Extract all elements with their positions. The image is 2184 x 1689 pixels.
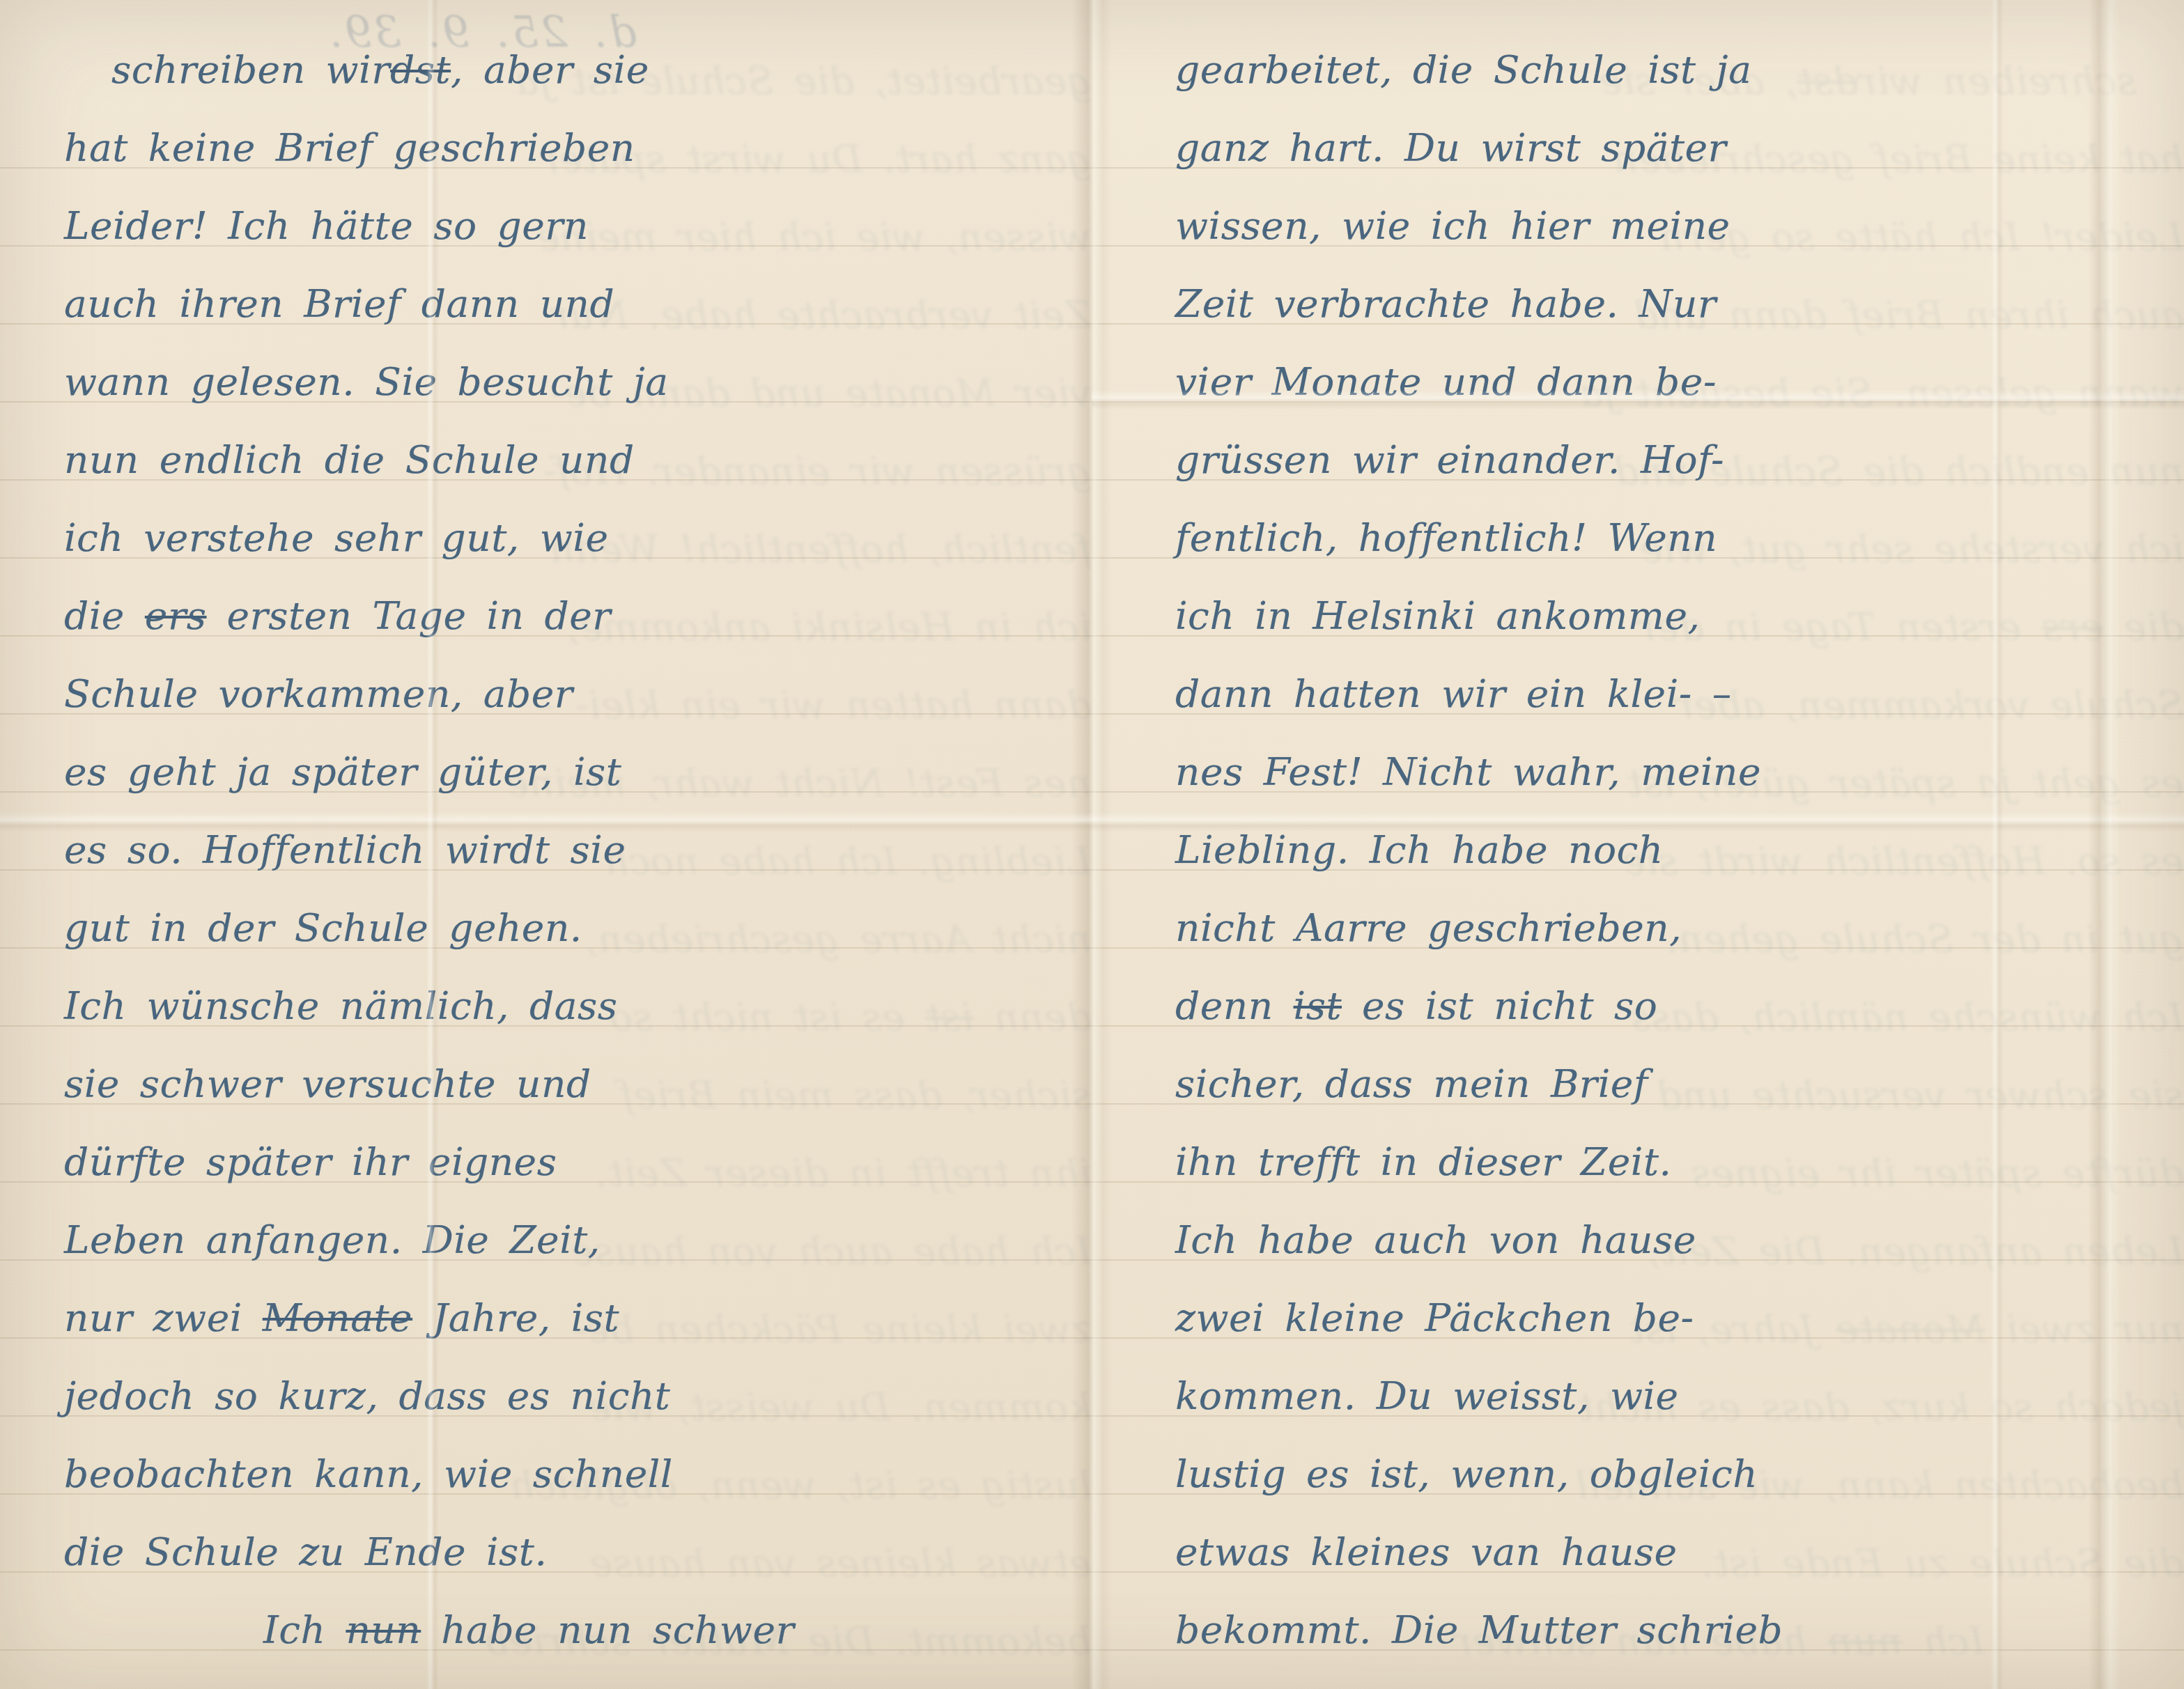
handwriting-line: sie schwer versuchte und xyxy=(64,1045,1092,1123)
handwriting-line: es so. Hoffentlich wirdt sie xyxy=(64,811,1092,889)
handwriting-line: fentlich, hoffentlich! Wenn xyxy=(1175,499,2184,577)
handwriting-line: gearbeitet, die Schule ist ja xyxy=(1175,31,2184,109)
struck-word: dst xyxy=(390,47,451,92)
handwriting-line: die Schule zu Ende ist. xyxy=(64,1513,1092,1591)
handwriting-line: schreiben wirdst, aber sie xyxy=(64,31,1092,109)
handwriting-line: Ich nun habe nun schwer xyxy=(64,1591,1092,1669)
handwriting-text: ich in Helsinki ankomme, xyxy=(1175,593,1701,638)
handwriting-text: hat keine Brief geschrieben xyxy=(64,125,635,170)
handwriting-line: die ers ersten Tage in der xyxy=(64,577,1092,655)
handwriting-text: Ich habe auch von hause xyxy=(1175,1217,1696,1262)
handwriting-text: ihn trefft in dieser Zeit. xyxy=(1175,1139,1672,1184)
handwriting-line: zwei kleine Päckchen be- xyxy=(1175,1279,2184,1357)
handwriting-text: dürfte später ihr eignes xyxy=(64,1139,557,1184)
handwriting-text: wann gelesen. Sie besucht ja xyxy=(64,359,669,404)
handwriting-text: Ich xyxy=(263,1608,346,1652)
handwriting-line: wissen, wie ich hier meine xyxy=(1175,187,2184,265)
handwriting-line: dann hatten wir ein klei- – xyxy=(1175,655,2184,733)
handwriting-text: es geht ja später güter, ist xyxy=(64,749,621,794)
handwriting-text: sicher, dass mein Brief xyxy=(1175,1061,1648,1106)
handwriting-line: kommen. Du weisst, wie xyxy=(1175,1357,2184,1435)
left-page-handwriting: schreiben wirdst, aber siehat keine Brie… xyxy=(0,31,1092,1669)
handwriting-line: dürfte später ihr eignes xyxy=(64,1123,1092,1201)
handwriting-text: Liebling. Ich habe noch xyxy=(1175,827,1664,872)
handwriting-text: dann hatten wir ein klei- – xyxy=(1175,671,1732,716)
handwriting-text: denn xyxy=(1175,983,1294,1028)
handwriting-line: nicht Aarre geschrieben, xyxy=(1175,889,2184,967)
struck-word: ers xyxy=(145,593,207,638)
handwriting-line: grüssen wir einander. Hof- xyxy=(1175,421,2184,499)
handwriting-text: Zeit verbrachte habe. Nur xyxy=(1175,281,1717,326)
handwriting-line: Liebling. Ich habe noch xyxy=(1175,811,2184,889)
letter-page-left: gearbeitet, die Schule ist jaganz hart. … xyxy=(0,0,1092,1689)
handwriting-line: beobachten kann, wie schnell xyxy=(64,1435,1092,1513)
handwriting-line: Leben anfangen. Die Zeit, xyxy=(64,1201,1092,1279)
handwriting-line: vier Monate und dann be- xyxy=(1175,343,2184,421)
handwriting-line: ganz hart. Du wirst später xyxy=(1175,109,2184,187)
struck-word: Monate xyxy=(263,1295,412,1340)
handwriting-text: es ist nicht so xyxy=(1342,983,1657,1028)
handwriting-text: fentlich, hoffentlich! Wenn xyxy=(1175,515,1717,560)
handwriting-text: nun endlich die Schule und xyxy=(64,437,635,482)
handwriting-text: Schule vorkammen, aber xyxy=(64,671,573,716)
handwriting-text: Leider! Ich hätte so gern xyxy=(64,203,589,248)
handwriting-text: Jahre, ist xyxy=(412,1295,619,1340)
handwriting-line: ich in Helsinki ankomme, xyxy=(1175,577,2184,655)
handwriting-text: bekommt. Die Mutter schrieb xyxy=(1175,1608,1783,1652)
handwriting-text: nes Fest! Nicht wahr, meine xyxy=(1175,749,1761,794)
handwriting-text: es so. Hoffentlich wirdt sie xyxy=(64,827,626,872)
handwriting-line: auch ihren Brief dann und xyxy=(64,265,1092,343)
handwriting-text: nur zwei xyxy=(64,1295,263,1340)
handwriting-line: lustig es ist, wenn, obgleich xyxy=(1175,1435,2184,1513)
handwriting-text: wissen, wie ich hier meine xyxy=(1175,203,1730,248)
handwriting-line: jedoch so kurz, dass es nicht xyxy=(64,1357,1092,1435)
handwriting-line: nes Fest! Nicht wahr, meine xyxy=(1175,733,2184,811)
handwriting-text: etwas kleines van hause xyxy=(1175,1530,1678,1574)
handwriting-line: nun endlich die Schule und xyxy=(64,421,1092,499)
handwriting-text: beobachten kann, wie schnell xyxy=(64,1451,673,1496)
handwriting-line: ihn trefft in dieser Zeit. xyxy=(1175,1123,2184,1201)
handwriting-line: Ich wünsche nämlich, dass xyxy=(64,967,1092,1045)
letter-page-right: schreiben wirdst, aber siehat keine Brie… xyxy=(1092,0,2184,1689)
handwriting-line: Ich habe auch von hause xyxy=(1175,1201,2184,1279)
handwriting-text: nicht Aarre geschrieben, xyxy=(1175,905,1682,950)
handwriting-text: jedoch so kurz, dass es nicht xyxy=(64,1373,670,1418)
handwriting-line: gut in der Schule gehen. xyxy=(64,889,1092,967)
handwriting-line: es geht ja später güter, ist xyxy=(64,733,1092,811)
handwriting-text: gearbeitet, die Schule ist ja xyxy=(1175,47,1751,92)
handwriting-text: ich verstehe sehr gut, wie xyxy=(64,515,608,560)
right-page-handwriting: gearbeitet, die Schule ist jaganz hart. … xyxy=(1092,31,2184,1669)
handwriting-text: Leben anfangen. Die Zeit, xyxy=(64,1217,601,1262)
handwriting-text: , aber sie xyxy=(451,47,649,92)
handwriting-text: zwei kleine Päckchen be- xyxy=(1175,1295,1694,1340)
handwriting-text: grüssen wir einander. Hof- xyxy=(1175,437,1724,482)
handwriting-line: wann gelesen. Sie besucht ja xyxy=(64,343,1092,421)
handwriting-text: kommen. Du weisst, wie xyxy=(1175,1373,1679,1418)
handwriting-line: sicher, dass mein Brief xyxy=(1175,1045,2184,1123)
struck-word: nun xyxy=(346,1608,421,1652)
handwriting-line: etwas kleines van hause xyxy=(1175,1513,2184,1591)
handwriting-text: ersten Tage in der xyxy=(206,593,611,638)
handwriting-text: auch ihren Brief dann und xyxy=(64,281,614,326)
handwriting-line: hat keine Brief geschrieben xyxy=(64,109,1092,187)
handwriting-text: habe nun schwer xyxy=(421,1608,794,1652)
handwriting-line: Zeit verbrachte habe. Nur xyxy=(1175,265,2184,343)
handwriting-text: sie schwer versuchte und xyxy=(64,1061,591,1106)
handwriting-line: nur zwei Monate Jahre, ist xyxy=(64,1279,1092,1357)
handwriting-text: die Schule zu Ende ist. xyxy=(64,1530,547,1574)
handwriting-text: lustig es ist, wenn, obgleich xyxy=(1175,1451,1758,1496)
handwriting-text: gut in der Schule gehen. xyxy=(64,905,582,950)
handwriting-text: Ich wünsche nämlich, dass xyxy=(64,983,618,1028)
handwriting-line: denn ist es ist nicht so xyxy=(1175,967,2184,1045)
handwriting-line: Leider! Ich hätte so gern xyxy=(64,187,1092,265)
handwriting-line: ich verstehe sehr gut, wie xyxy=(64,499,1092,577)
handwriting-line: bekommt. Die Mutter schrieb xyxy=(1175,1591,2184,1669)
handwriting-line: Schule vorkammen, aber xyxy=(64,655,1092,733)
handwriting-text: vier Monate und dann be- xyxy=(1175,359,1717,404)
handwriting-text: die xyxy=(64,593,145,638)
struck-word: ist xyxy=(1294,983,1342,1028)
handwriting-text: schreiben wir xyxy=(111,47,390,92)
handwriting-text: ganz hart. Du wirst später xyxy=(1175,125,1726,170)
